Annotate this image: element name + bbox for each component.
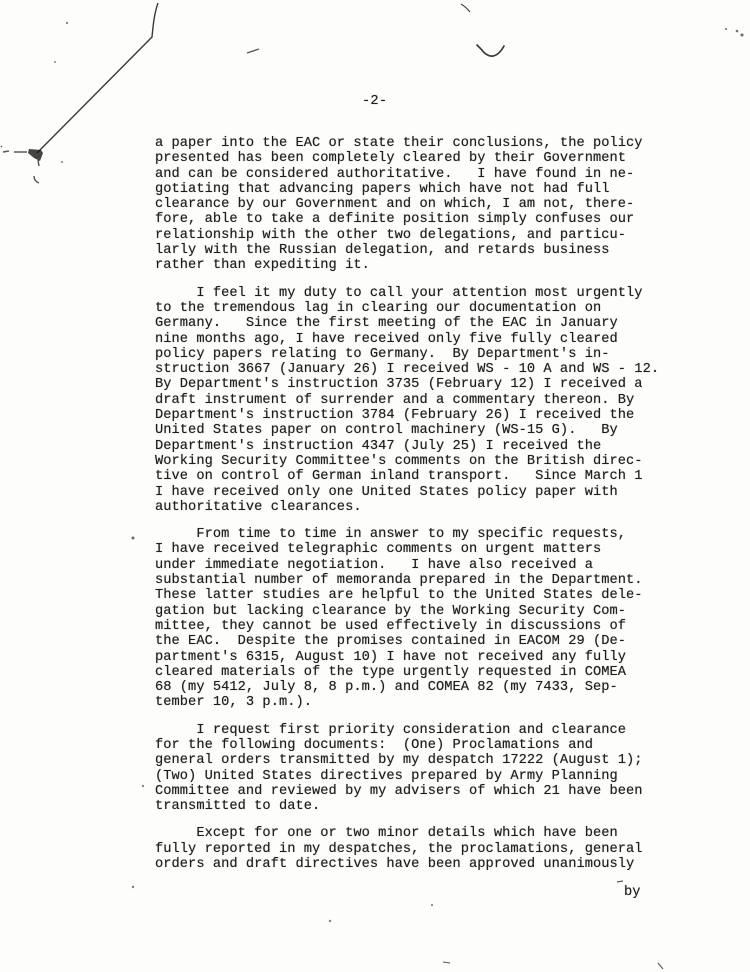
page-number: -2- <box>362 94 387 109</box>
pencil-tick-bottom-right <box>658 963 663 969</box>
paragraph-5: Except for one or two minor details whic… <box>155 826 675 872</box>
pencil-tick-top <box>461 4 470 12</box>
pencil-tail-marks <box>34 160 39 183</box>
paragraph-4: I request first priority consideration a… <box>155 723 675 815</box>
paragraph-2: I feel it my duty to call your attention… <box>155 286 675 515</box>
paragraph-3: From time to time in answer to my specif… <box>155 527 675 711</box>
pencil-swoosh <box>477 45 504 56</box>
pencil-dash-bottom-mid <box>443 962 450 963</box>
pencil-dashes-left <box>1 146 27 152</box>
letter-body: a paper into the EAC or state their conc… <box>155 136 675 884</box>
pencil-dash-mid-left <box>247 49 259 53</box>
pencil-diagonal-line <box>37 3 158 153</box>
pencil-corner-blob <box>28 149 43 161</box>
paragraph-1: a paper into the EAC or state their conc… <box>155 136 675 274</box>
scanned-letter-page: -2- a paper into the EAC or state their … <box>0 0 750 972</box>
catchword-by: by <box>624 885 640 900</box>
